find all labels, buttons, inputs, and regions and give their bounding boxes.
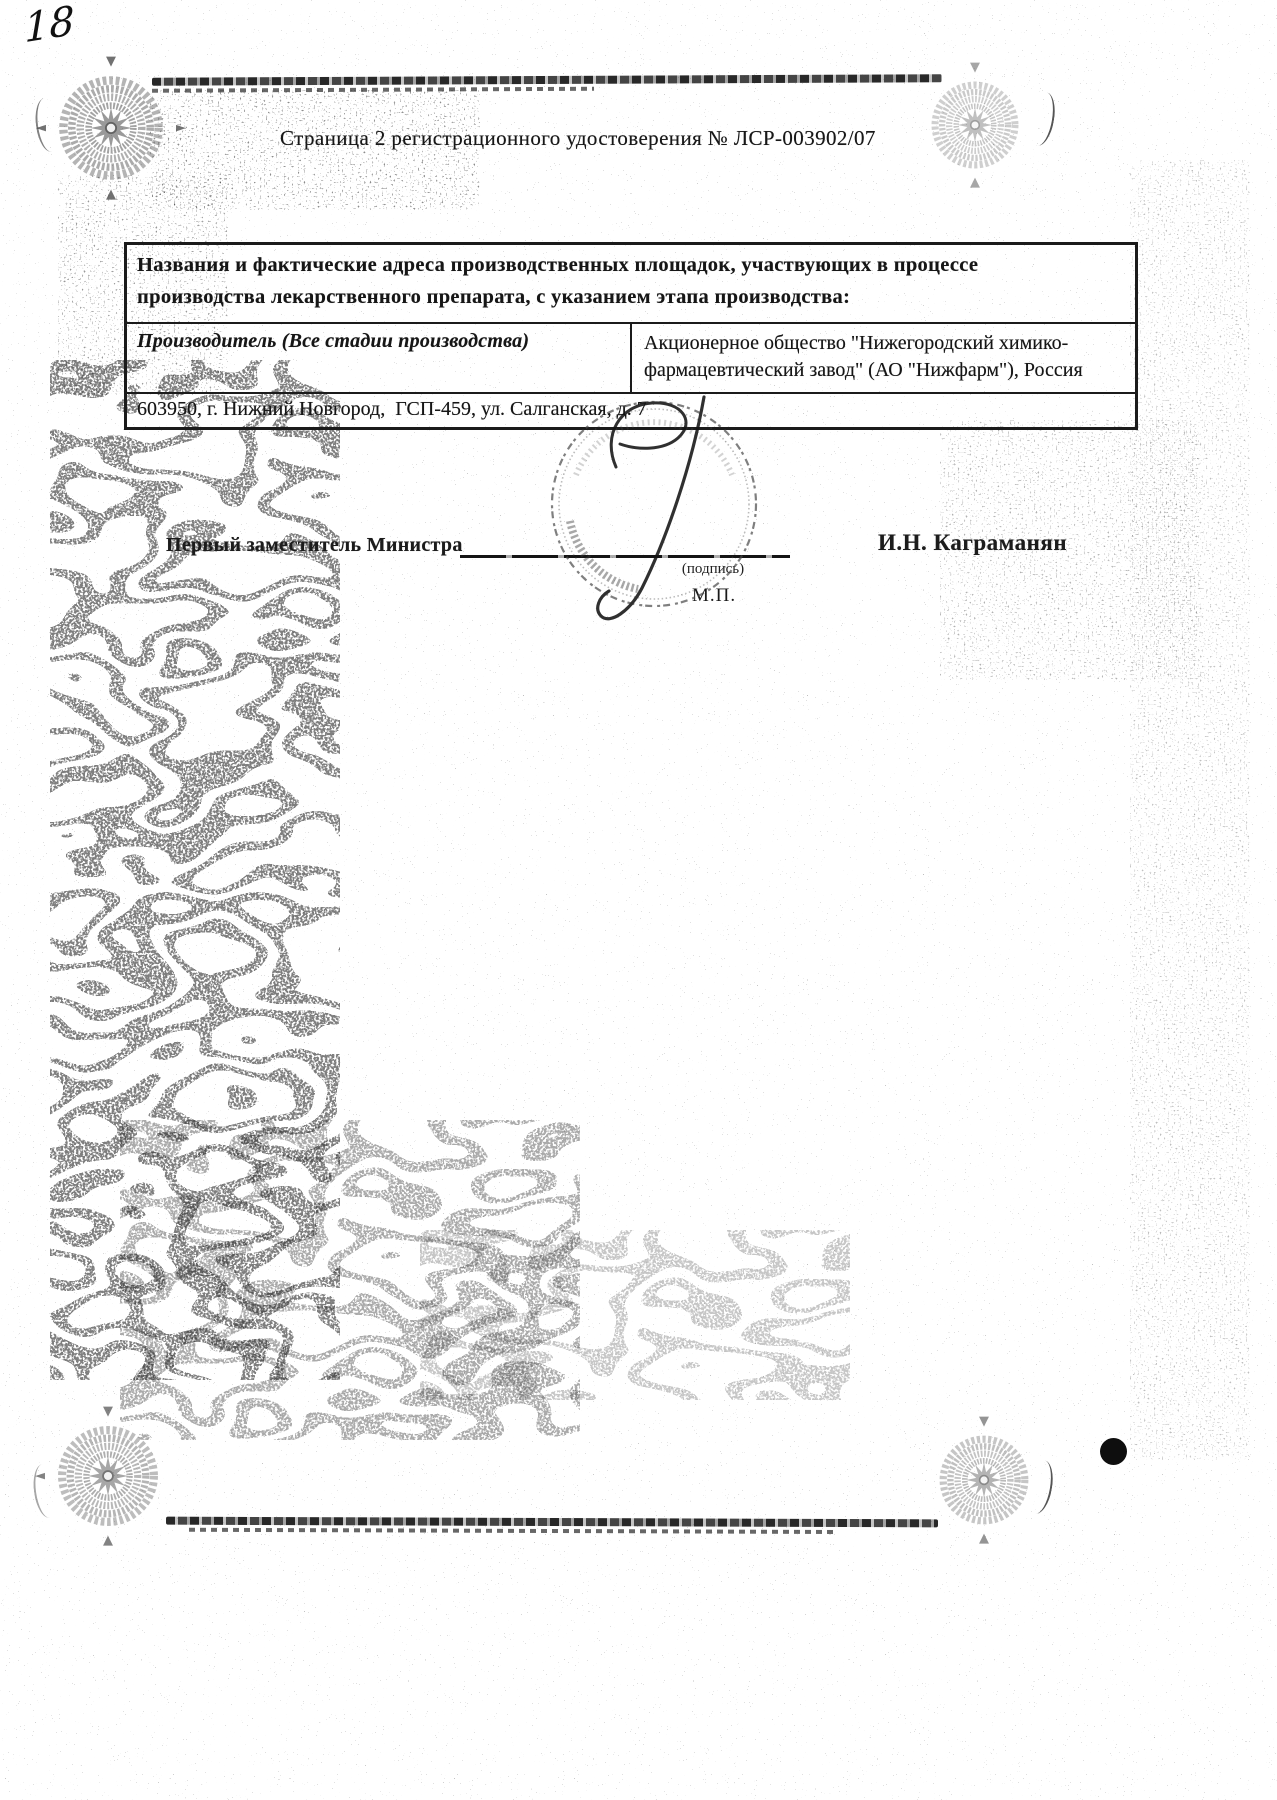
arrow-down-icon: ▼ xyxy=(106,55,116,68)
round-seal-stamp xyxy=(542,393,772,623)
official-title: Первый заместитель Министра xyxy=(166,534,463,557)
right-bracket-mark xyxy=(1025,90,1058,147)
rosette-stamp-bottom-right: ▼ ▲ xyxy=(936,1432,1032,1528)
producer-stage-cell: Производитель (Все стадии производства) xyxy=(126,323,632,393)
bottom-center-texture xyxy=(420,1230,850,1400)
left-margin-texture xyxy=(50,360,340,1380)
arrow-down-icon: ▼ xyxy=(103,1405,113,1418)
lower-left-texture xyxy=(120,1120,580,1440)
arrow-down-icon: ▼ xyxy=(970,61,980,74)
producer-company-cell: Акционерное общество "Нижегородский хими… xyxy=(631,323,1137,393)
arrow-up-icon: ▲ xyxy=(979,1532,989,1545)
official-name: И.Н. Каграманян xyxy=(878,530,1067,556)
black-dot-mark xyxy=(1100,1438,1127,1465)
arrow-up-icon: ▲ xyxy=(106,188,116,201)
table-title-cell: Названия и фактические адреса производст… xyxy=(126,244,1137,323)
rosette-stamp-bottom-left: ▼ ▲ ◄ xyxy=(54,1422,162,1530)
stamp-arc-text xyxy=(570,521,638,589)
signature-stroke xyxy=(598,397,704,619)
rosette-stamp-top-left: ▼ ▲ ◄ ► xyxy=(55,72,167,184)
arrow-right-icon: ► xyxy=(176,122,186,135)
guilloche-band-bottom xyxy=(166,1517,938,1535)
arrow-down-icon: ▼ xyxy=(979,1415,989,1428)
scanned-certificate-page: 18 ▼ ▲ ◄ ► ▼ ▲ ▼ ▲ ◄ ▼ ▲ Страница 2 реги… xyxy=(0,0,1277,1800)
guilloche-band-top xyxy=(152,74,942,92)
arrow-up-icon: ▲ xyxy=(970,176,980,189)
rosette-stamp-top-right: ▼ ▲ xyxy=(928,78,1022,172)
page-title: Страница 2 регистрационного удостоверени… xyxy=(280,126,876,151)
handwritten-page-number: 18 xyxy=(24,0,75,52)
right-edge-speckle xyxy=(1130,160,1250,1460)
arrow-up-icon: ▲ xyxy=(103,1534,113,1547)
